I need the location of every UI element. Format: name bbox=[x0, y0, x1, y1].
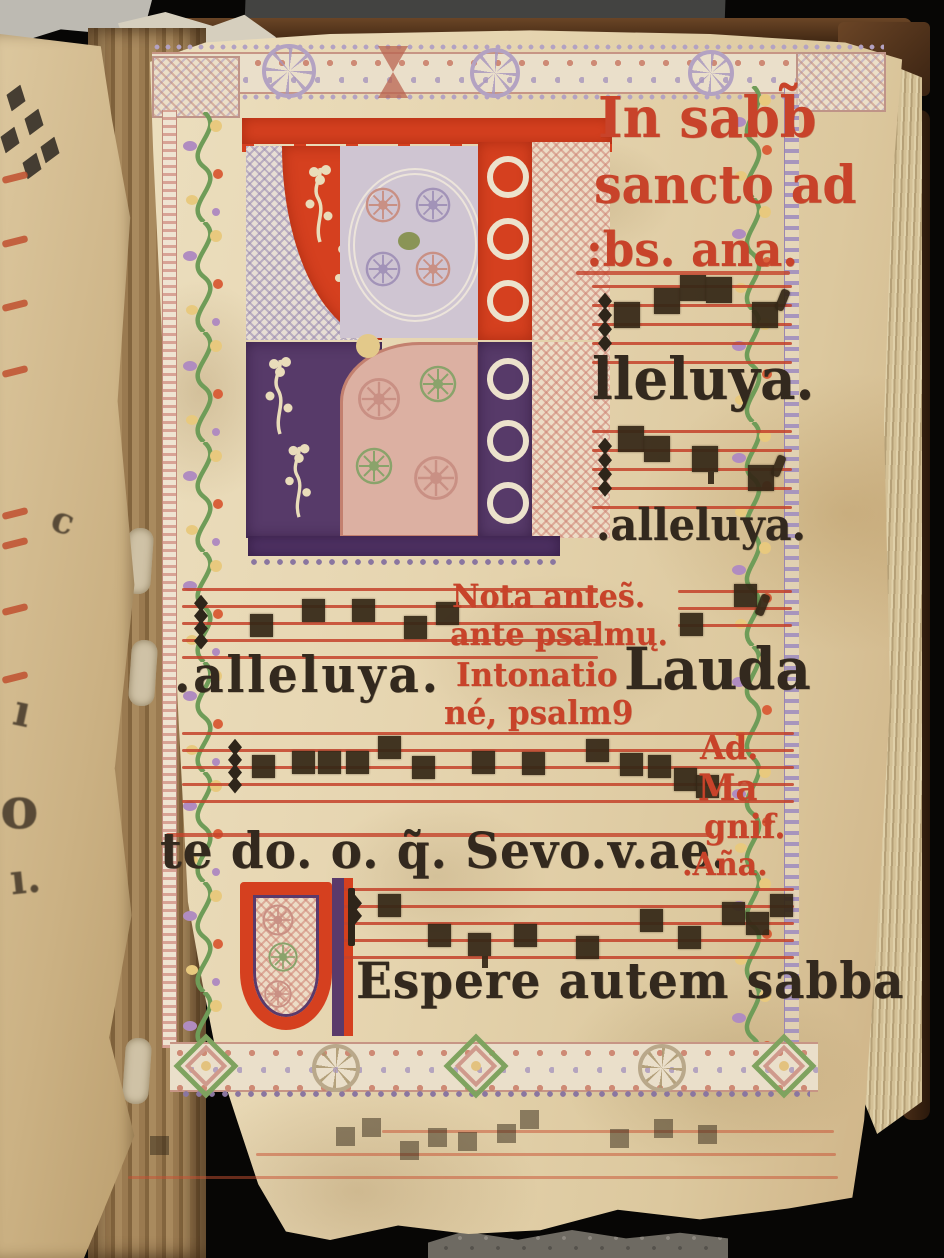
facing-page-neume bbox=[20, 106, 48, 139]
rubric-magnificat-line1: Ad. bbox=[700, 731, 758, 765]
sewing-cord bbox=[122, 1037, 153, 1105]
top-border-dots bbox=[152, 42, 884, 52]
rubric-magnificat-line2: Ma bbox=[698, 770, 757, 806]
rubric-magnificat-line3: gnif. bbox=[704, 810, 785, 844]
facing-page-letter-fragment: ı bbox=[9, 685, 36, 738]
manuscript-photo: cıoı. bbox=[0, 0, 944, 1258]
lyric-alleluia-1: lleluya. bbox=[592, 350, 814, 408]
rubric-nota-line2: ante psalmų. bbox=[450, 618, 668, 650]
facing-page-staff-mark bbox=[2, 537, 29, 550]
border-rosette-wheel bbox=[470, 48, 520, 98]
left-border-ladder bbox=[162, 110, 177, 1048]
white-scroll bbox=[487, 156, 529, 198]
filigree-pink-panel bbox=[340, 342, 480, 538]
rubric-magnificat-line4: .Aña. bbox=[682, 848, 768, 880]
border-rosette-wheel bbox=[262, 44, 316, 98]
initial-right-stem-lower bbox=[478, 342, 532, 538]
rubric-nota-line1: Nota antes̃. bbox=[452, 580, 645, 612]
border-rosette-wheel bbox=[638, 1044, 686, 1092]
background-gravel bbox=[428, 1230, 728, 1258]
lyric-alleluia-2: .alleluya. bbox=[596, 504, 806, 548]
facing-page-staff-mark bbox=[2, 507, 29, 520]
facing-page-neume bbox=[2, 82, 30, 115]
sewing-cord bbox=[128, 639, 159, 707]
top-left-corner-ornament bbox=[152, 56, 240, 118]
facing-page-letter-fragment: o bbox=[0, 774, 39, 842]
border-interlace-knot bbox=[178, 1038, 234, 1094]
left-border-vine bbox=[176, 112, 232, 1051]
border-interlace-knot bbox=[448, 1038, 504, 1094]
facing-page-staff-mark bbox=[2, 235, 29, 248]
border-hourglass-ornament bbox=[378, 72, 408, 98]
initial-V-bowl bbox=[240, 882, 332, 1030]
initial-bottom-fringe bbox=[248, 558, 560, 567]
white-scroll bbox=[487, 358, 529, 400]
initial-V-bar-purple bbox=[332, 878, 344, 1036]
rubric-nota-line3: Intonatio bbox=[456, 658, 618, 691]
border-hourglass-ornament bbox=[378, 46, 408, 72]
facing-page-staff-mark bbox=[2, 299, 29, 312]
illuminated-initial-A bbox=[238, 116, 614, 558]
facing-page-neume bbox=[0, 124, 24, 157]
facing-page-staff-mark bbox=[2, 671, 29, 684]
filigree-center-blob bbox=[398, 232, 420, 250]
illuminated-initial-V bbox=[238, 878, 360, 1038]
facing-page-letter-fragment: c bbox=[46, 498, 80, 545]
white-scroll bbox=[487, 280, 529, 322]
facing-page-letter-fragment: ı. bbox=[8, 853, 44, 905]
lyric-vespere: Espere autem sabba bbox=[356, 956, 904, 1006]
rubric-nota-line4: né, psalm9 bbox=[444, 696, 633, 729]
rubric-heading-line2: sancto ad bbox=[594, 160, 857, 212]
lyric-euouae: te do. o. q̃. Sevo.v.ae. bbox=[160, 826, 728, 876]
facing-page-staff-mark bbox=[2, 603, 29, 616]
white-scroll bbox=[487, 482, 529, 524]
facing-page-neume bbox=[36, 134, 64, 167]
rubric-heading-line1: In sabb̃ bbox=[598, 90, 817, 146]
white-scroll bbox=[487, 420, 529, 462]
facing-page-staff-mark bbox=[2, 171, 29, 184]
white-scroll bbox=[487, 218, 529, 260]
lyric-alleluia-3: .alleluya. bbox=[174, 650, 441, 700]
initial-right-stem-upper bbox=[478, 142, 532, 340]
border-interlace-knot bbox=[756, 1038, 812, 1094]
gold-dot bbox=[356, 334, 380, 358]
initial-bottom-bar bbox=[248, 536, 560, 556]
filigree-center-panel bbox=[340, 146, 480, 338]
rubric-heading-line3: :bs. ana. bbox=[586, 226, 798, 274]
facing-page-staff-mark bbox=[2, 365, 29, 378]
initial-V-bar-red bbox=[344, 878, 353, 1036]
initial-top-bar bbox=[242, 118, 612, 144]
border-rosette-wheel bbox=[312, 1044, 360, 1092]
